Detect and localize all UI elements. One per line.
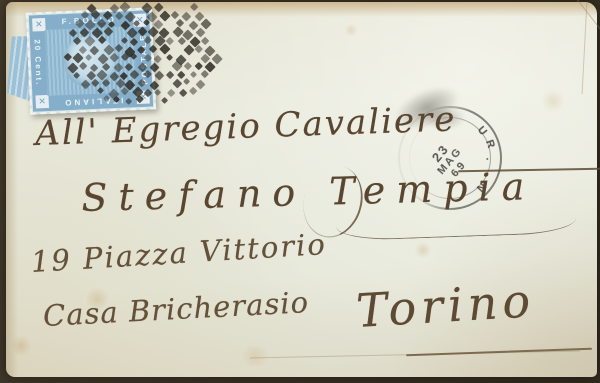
stamp-label-bottom: ITALIANO [54,93,133,110]
postmark-rim-letter: . [483,157,495,160]
cancel-dot [195,45,203,53]
stamp-effigy-head [59,31,121,90]
address-city: Torino [355,273,537,338]
cancel-dot [179,89,188,98]
address-line-building: Casa Bricherasio [42,285,310,333]
cancel-dot [204,61,216,73]
crease-line [250,351,580,359]
cancel-dot [195,27,205,37]
cancel-dot [177,37,185,45]
cancel-dot [171,11,179,19]
stamp-label-right: POSTALE [136,31,152,86]
foxing-stain [10,336,32,356]
foxing-stain [344,24,358,36]
corner-cross-icon: ✕ [136,90,150,104]
cancel-dot [181,12,190,21]
cancel-dot [188,21,198,31]
cancel-dot [154,19,164,29]
cancel-dot [183,29,194,40]
cancel-dot [158,27,169,38]
cancel-dot [183,45,194,56]
cancel-dot [183,78,190,85]
cancel-dot [172,27,184,39]
cancel-dot [177,70,186,79]
cancel-dot [154,3,165,14]
address-line-street: 19 Piazza Vittorio [30,227,328,279]
cancel-dot [154,35,166,47]
cancel-dot [201,37,210,46]
cancel-dot [189,37,201,49]
foxing-stain [540,90,566,112]
stamp-denomination: 20 Cent. [30,36,46,91]
cancel-dot [195,62,203,70]
cancel-dot [189,3,198,12]
cancel-dot [166,70,175,79]
cancel-dot [201,70,209,78]
cancel-dot [184,62,192,70]
postage-stamp: F.BOLLO ITALIANO 20 Cent. POSTALE ✕ ✕ ✕ … [26,7,156,114]
scan-background: F.BOLLO ITALIANO 20 Cent. POSTALE ✕ ✕ ✕ … [0,0,600,383]
envelope: F.BOLLO ITALIANO 20 Cent. POSTALE ✕ ✕ ✕ … [6,2,597,377]
cancel-dot [154,55,162,63]
stamp-portrait [45,26,138,96]
cancel-dot [200,19,211,30]
cancel-dot [212,54,224,66]
cancel-dot [190,71,197,78]
cancel-dot [166,54,173,61]
cancel-dot [188,87,197,96]
corner-cross-icon: ✕ [133,14,147,28]
stamp-frame: F.BOLLO ITALIANO 20 Cent. POSTALE ✕ ✕ ✕ … [29,10,153,111]
cancel-dot [176,19,184,27]
corner-cross-icon: ✕ [35,95,49,109]
cancel-dot [154,71,163,80]
cancel-dot [176,55,187,66]
cancel-dot [159,10,170,21]
crease-line [582,2,588,94]
cancel-dot [161,97,168,104]
cancel-dot [196,79,206,89]
cancel-dot [172,61,184,73]
cancel-dot [166,37,174,45]
cancel-dot [159,44,170,55]
foxing-stain [414,242,432,258]
foxing-stain [238,346,272,366]
cancel-dot [200,54,209,63]
cancel-dot [167,89,176,98]
cancel-dot [204,46,215,57]
address-line-recipient-name: Stefano Tempia [81,164,536,220]
cancel-dot [172,78,181,87]
cancel-dot [195,12,205,22]
